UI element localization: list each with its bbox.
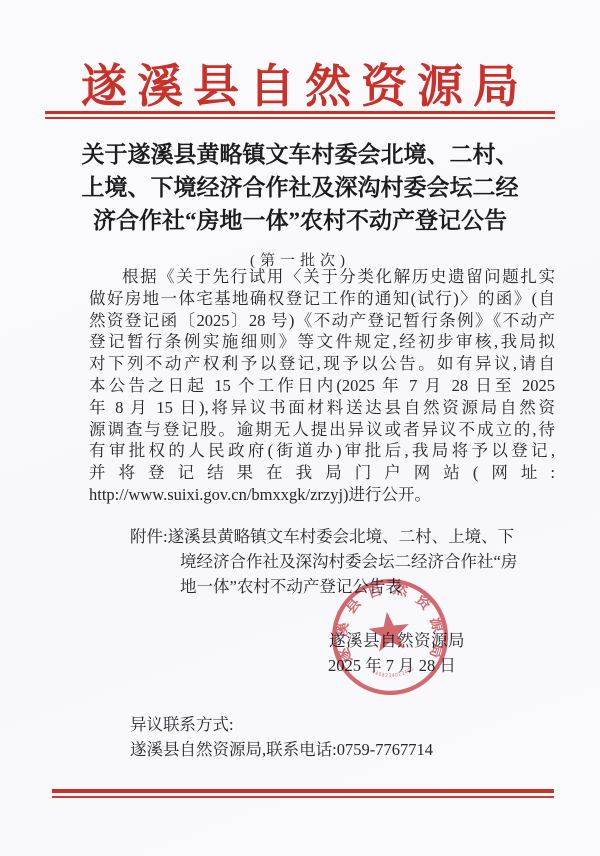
title-line: 上境、下境经济合作社及深沟村委会坛二经 <box>40 171 560 204</box>
body-line: 根据《关于先行试用〈关于分类化解历史遗留问题扎实 <box>89 266 555 288</box>
objection-contact: 异议联系方式: 遂溪县自然资源局,联系电话:0759-7767714 <box>130 713 433 762</box>
body-line: 并将登记结果在我局门户网站(网址: <box>89 462 555 484</box>
body-line: 源调查与登记股。逾期无人提出异议或者异议不成立的,待 <box>89 419 555 441</box>
contact-heading: 异议联系方式: <box>130 713 433 738</box>
document-title: 关于遂溪县黄略镇文车村委会北境、二村、 上境、下境经济合作社及深沟村委会坛二经 … <box>40 138 560 237</box>
letterhead-title: 遂溪县自然资源局 <box>0 62 600 113</box>
official-notice-page: 遂溪县自然资源局 关于遂溪县黄略镇文车村委会北境、二村、 上境、下境经济合作社及… <box>0 0 600 856</box>
letterhead-double-rule <box>45 111 555 119</box>
body-line: 然资登记函〔2025〕28 号)《不动产登记暂行条例》《不动产 <box>89 310 555 332</box>
notice-body: 根据《关于先行试用〈关于分类化解历史遗留问题扎实 做好房地一体宅基地确权登记工作… <box>89 266 555 506</box>
title-line: 济合作社“房地一体”农村不动产登记公告 <box>40 204 560 237</box>
contact-line: 遂溪县自然资源局,联系电话:0759-7767714 <box>130 738 433 763</box>
seal-serial-number: 4408234023462 <box>370 664 416 681</box>
title-line: 关于遂溪县黄略镇文车村委会北境、二村、 <box>40 138 560 171</box>
attachment-line: 附件:遂溪县黄略镇文车村委会北境、二村、上境、下 <box>130 524 550 549</box>
footer-double-rule <box>52 789 554 798</box>
official-red-seal: 遂溪县自然资源局 4408234023462 <box>322 569 458 705</box>
body-line: 登记暂行条例实施细则》等文件规定,经初步审核,我局拟 <box>89 331 555 353</box>
body-line: 做好房地一体宅基地确权登记工作的通知(试行)〉的函》(自 <box>89 288 555 310</box>
body-line: 有审批权的人民政府(街道办)审批后,我局将予以登记, <box>89 440 555 462</box>
attachment-line: 境经济合作社及深沟村委会坛二经济合作社“房 <box>130 549 550 574</box>
body-line-url: http://www.suixi.gov.cn/bmxxgk/zrzyj)进行公… <box>89 484 555 506</box>
body-line: 本公告之日起 15 个工作日内(2025 年 7 月 28 日至 2025 <box>89 375 555 397</box>
body-line: 对下列不动产权利予以登记,现予以公告。如有异议,请自 <box>89 353 555 375</box>
body-line: 年 8 月 15 日),将异议书面材料送达县自然资源局自然资 <box>89 397 555 419</box>
seal-star-icon <box>367 609 412 652</box>
